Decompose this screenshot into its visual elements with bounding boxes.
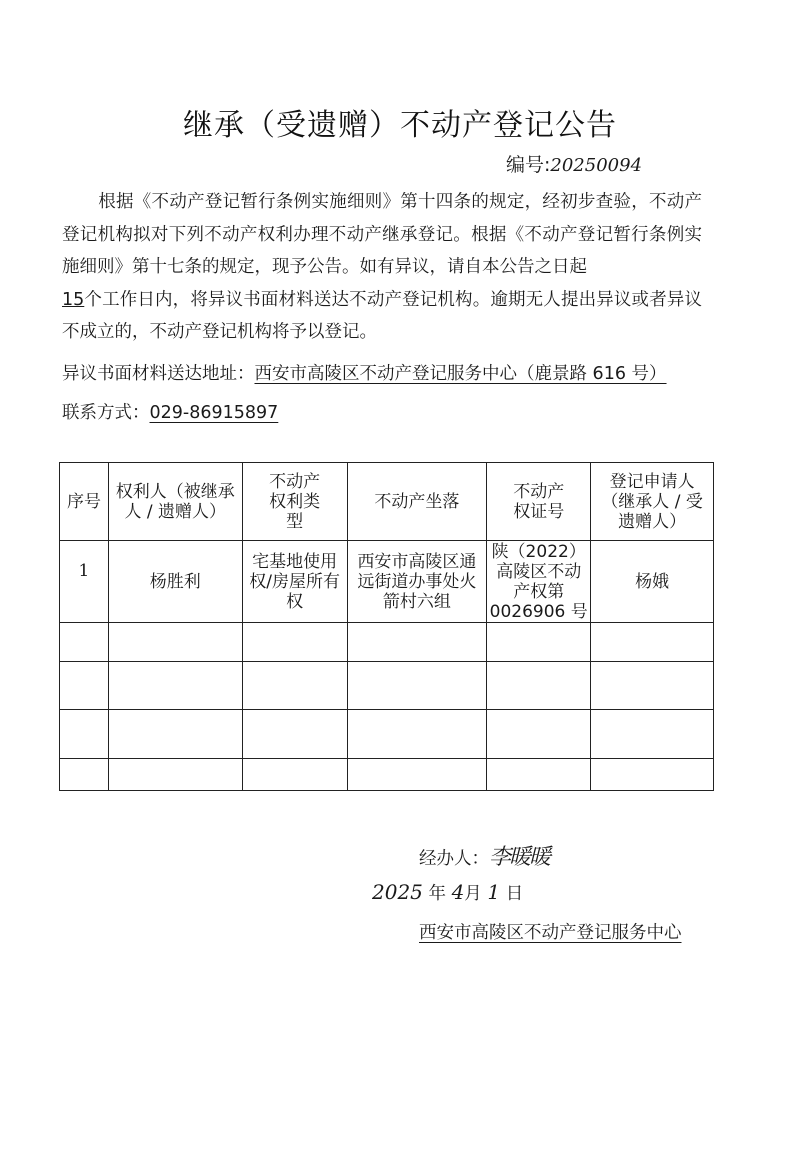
header-seq: 序号 <box>60 463 109 541</box>
objection-address-label: 异议书面材料送达地址： <box>62 364 255 384</box>
date-month: 4 <box>452 880 465 904</box>
date-month-suffix: 月 <box>464 884 482 904</box>
document-number-value: 20250094 <box>550 155 642 176</box>
table-header-row: 序号 权利人（被继承人 / 遗赠人） 不动产权利类型 不动产坐落 不动产权证号 … <box>60 463 714 541</box>
table-row-empty <box>60 759 714 791</box>
cell-location: 西安市高陵区通远街道办事处火箭村六组 <box>347 541 487 623</box>
date-year: 2025 <box>372 880 423 904</box>
table-row: 1 杨胜利 宅基地使用权/房屋所有权 西安市高陵区通远街道办事处火箭村六组 陕（… <box>60 541 714 623</box>
objection-address: 异议书面材料送达地址：西安市高陵区不动产登记服务中心（鹿景路 616 号） <box>62 360 667 385</box>
cell-applicant: 杨娥 <box>591 541 714 623</box>
header-right-holder: 权利人（被继承人 / 遗赠人） <box>108 463 242 541</box>
date-day: 1 <box>487 880 500 904</box>
table-row-empty <box>60 662 714 710</box>
cell-right-type: 宅基地使用权/房屋所有权 <box>242 541 347 623</box>
body-text-1: 根据《不动产登记暂行条例实施细则》第十四条的规定，经初步查验，不动产登记机构拟对… <box>62 192 702 277</box>
announcement-body: 根据《不动产登记暂行条例实施细则》第十四条的规定，经初步查验，不动产登记机构拟对… <box>62 186 702 349</box>
contact-label: 联系方式： <box>62 403 150 423</box>
cell-cert-no: 陕（2022）高陵区不动产权第0026906 号 <box>487 541 591 623</box>
table-row-empty <box>60 623 714 662</box>
header-applicant: 登记申请人（继承人 / 受遗赠人） <box>591 463 714 541</box>
handler-signature-value: 李暖暖 <box>489 845 549 870</box>
registration-table: 序号 权利人（被继承人 / 遗赠人） 不动产权利类型 不动产坐落 不动产权证号 … <box>59 462 714 791</box>
handler-signature: 经办人：李暖暖 <box>419 840 549 871</box>
handler-label: 经办人： <box>419 849 489 869</box>
date-year-suffix: 年 <box>428 884 446 904</box>
objection-address-value: 西安市高陵区不动产登记服务中心（鹿景路 616 号） <box>255 364 667 384</box>
contact-phone: 029-86915897 <box>150 403 279 423</box>
table-row-empty <box>60 710 714 759</box>
page-title: 继承（受遗赠）不动产登记公告 <box>0 100 800 144</box>
header-cert-no: 不动产权证号 <box>487 463 591 541</box>
issue-date: 2025 年 4月 1 日 <box>372 880 523 905</box>
body-text-2: 个工作日内，将异议书面材料送达不动产登记机构。逾期无人提出异议或者异议不成立的，… <box>62 290 702 343</box>
header-right-type: 不动产权利类型 <box>242 463 347 541</box>
objection-days: 15 <box>62 290 84 310</box>
cell-seq: 1 <box>60 541 109 623</box>
document-number: 编号:20250094 <box>506 150 642 177</box>
document-number-label: 编号: <box>506 154 550 176</box>
date-day-suffix: 日 <box>506 884 524 904</box>
issuing-organization: 西安市高陵区不动产登记服务中心 <box>419 919 682 944</box>
contact-info: 联系方式：029-86915897 <box>62 399 278 424</box>
cell-right-holder: 杨胜利 <box>108 541 242 623</box>
header-location: 不动产坐落 <box>347 463 487 541</box>
